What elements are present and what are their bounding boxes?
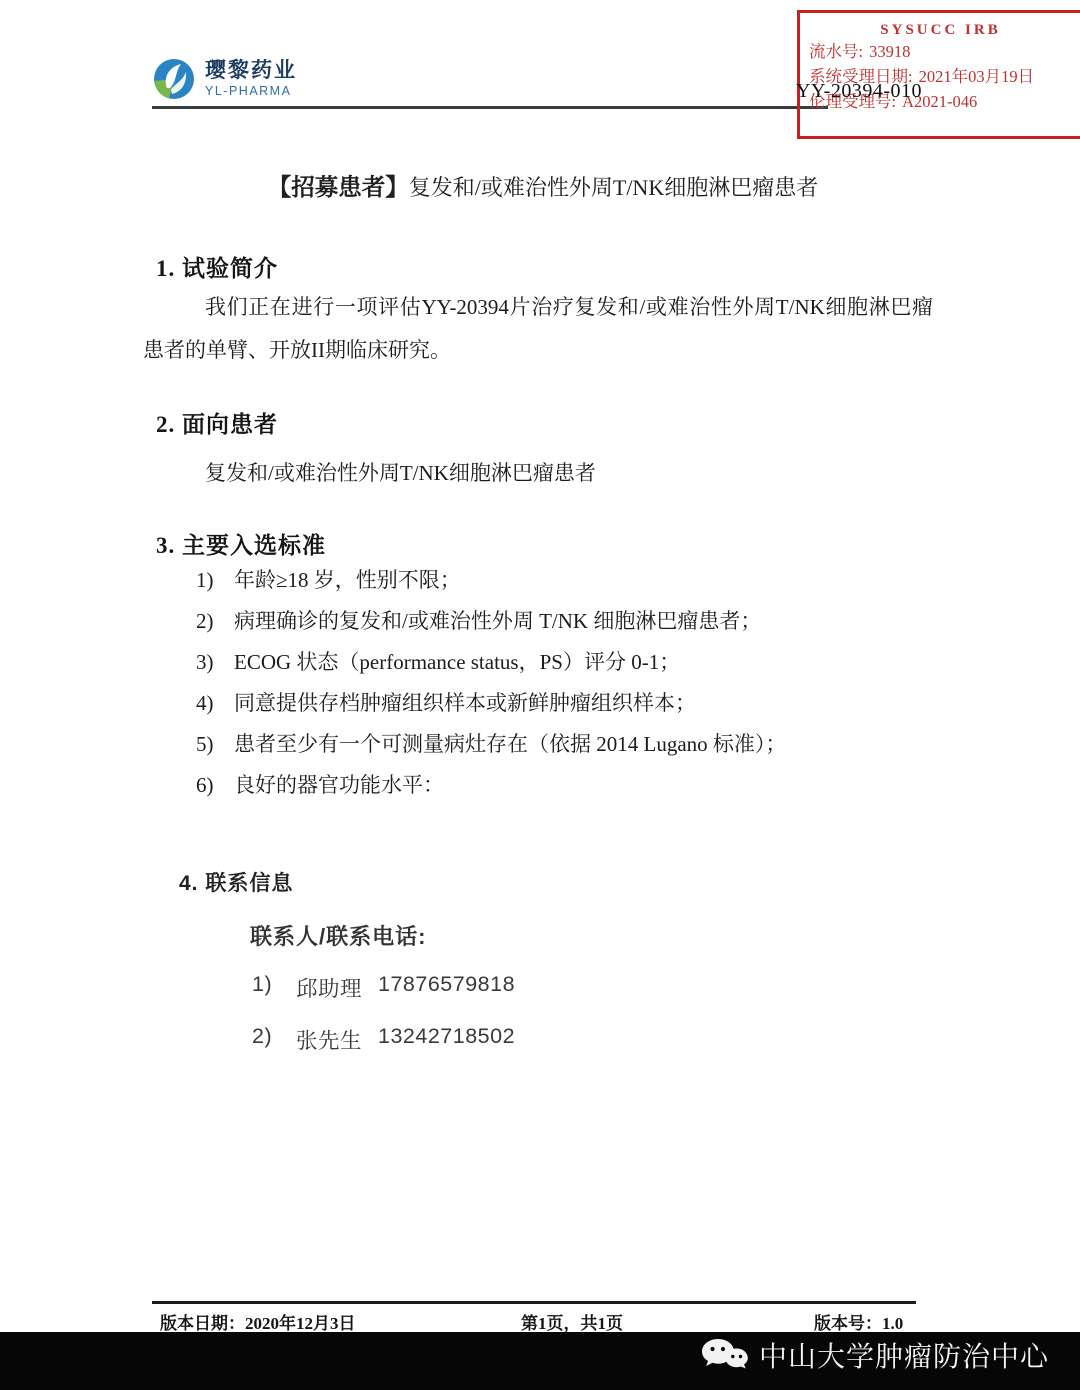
criteria-item-number: 2) — [196, 610, 234, 632]
section-heading-intro: 1. 试验简介 — [156, 250, 278, 283]
criteria-item: 4) 同意提供存档肿瘤组织样本或新鲜肿瘤组织样本； — [196, 692, 786, 714]
criteria-list: 1) 年龄≥18 岁，性别不限； 2) 病理确诊的复发和/或难治性外周 T/NK… — [196, 569, 786, 815]
intro-paragraph: 我们正在进行一项评估YY-20394片治疗复发和/或难治性外周T/NK细胞淋巴瘤… — [143, 286, 933, 372]
stamp-serial-row: 流水号:33918 — [809, 39, 1072, 64]
bottom-banner: 中山大学肿瘤防治中心 — [0, 1332, 1080, 1390]
footer-version-date: 版本日期：2020年12月3日 — [160, 1309, 356, 1334]
criteria-item-text: 病理确诊的复发和/或难治性外周 T/NK 细胞淋巴瘤患者； — [234, 610, 761, 632]
contact-item: 2) 张先生 13242718502 — [252, 1024, 515, 1055]
criteria-item-number: 5) — [196, 733, 234, 755]
criteria-item: 5) 患者至少有一个可测量病灶存在（依据 2014 Lugano 标准）； — [196, 733, 786, 755]
stamp-serial-value: 33918 — [869, 42, 910, 61]
footer-page-number: 第1页，共1页 — [521, 1309, 623, 1334]
criteria-item-text: 良好的器官功能水平： — [234, 774, 444, 796]
protocol-number: YY-20394-010 — [796, 80, 922, 103]
banner-content: 中山大学肿瘤防治中心 — [700, 1335, 1049, 1375]
criteria-item-text: 患者至少有一个可测量病灶存在（依据 2014 Lugano 标准）； — [234, 733, 786, 755]
contact-phone: 17876579818 — [378, 972, 515, 1003]
criteria-item-number: 6) — [196, 774, 234, 796]
section-heading-audience: 2. 面向患者 — [156, 406, 278, 439]
company-name: 璎黎药业 YL-PHARMA — [205, 60, 297, 98]
criteria-item-text: 年龄≥18 岁，性别不限； — [234, 569, 461, 591]
stamp-serial-label: 流水号: — [809, 42, 863, 61]
audience-text: 复发和/或难治性外周T/NK细胞淋巴瘤患者 — [205, 457, 596, 487]
irb-stamp: SYSUCC IRB 流水号:33918 系统受理日期:2021年03月19日 … — [797, 10, 1080, 139]
banner-org-name: 中山大学肿瘤防治中心 — [759, 1335, 1049, 1375]
criteria-item: 6) 良好的器官功能水平： — [196, 774, 786, 796]
wechat-icon — [700, 1337, 750, 1373]
criteria-item: 1) 年龄≥18 岁，性别不限； — [196, 569, 786, 591]
page-title: 【招募患者】复发和/或难治性外周T/NK细胞淋巴瘤患者 — [143, 168, 943, 202]
section-heading-contact: 4. 联系信息 — [179, 867, 293, 897]
contact-phone: 13242718502 — [378, 1024, 515, 1055]
footer-version-number: 版本号：1.0 — [814, 1309, 903, 1334]
header-divider — [152, 106, 828, 109]
company-logo: 璎黎药业 YL-PHARMA — [152, 57, 297, 101]
company-name-cn: 璎黎药业 — [205, 60, 297, 81]
section-heading-criteria: 3. 主要入选标准 — [156, 527, 326, 560]
contact-person: 张先生 — [296, 1024, 362, 1055]
yl-pharma-logo-icon — [152, 57, 196, 101]
contact-label: 联系人/联系电话: — [250, 920, 426, 951]
criteria-item: 3) ECOG 状态（performance status，PS）评分 0-1； — [196, 651, 786, 673]
document-page: 璎黎药业 YL-PHARMA YY-20394-010 SYSUCC IRB 流… — [0, 0, 1080, 1390]
contact-item-number: 1) — [252, 972, 296, 1003]
criteria-item-number: 4) — [196, 692, 234, 714]
company-name-en: YL-PHARMA — [205, 85, 297, 98]
criteria-item-text: 同意提供存档肿瘤组织样本或新鲜肿瘤组织样本； — [234, 692, 696, 714]
contact-person: 邱助理 — [296, 972, 362, 1003]
page-title-tag: 【招募患者】 — [268, 175, 409, 201]
criteria-item-text: ECOG 状态（performance status，PS）评分 0-1； — [234, 651, 680, 673]
footer-divider — [152, 1301, 916, 1304]
contact-item-number: 2) — [252, 1024, 296, 1055]
criteria-item-number: 3) — [196, 651, 234, 673]
criteria-item: 2) 病理确诊的复发和/或难治性外周 T/NK 细胞淋巴瘤患者； — [196, 610, 786, 632]
stamp-org: SYSUCC IRB — [809, 22, 1072, 39]
criteria-item-number: 1) — [196, 569, 234, 591]
contact-item: 1) 邱助理 17876579818 — [252, 972, 515, 1003]
page-title-text: 复发和/或难治性外周T/NK细胞淋巴瘤患者 — [409, 175, 818, 200]
stamp-date-value: 2021年03月19日 — [919, 67, 1035, 86]
